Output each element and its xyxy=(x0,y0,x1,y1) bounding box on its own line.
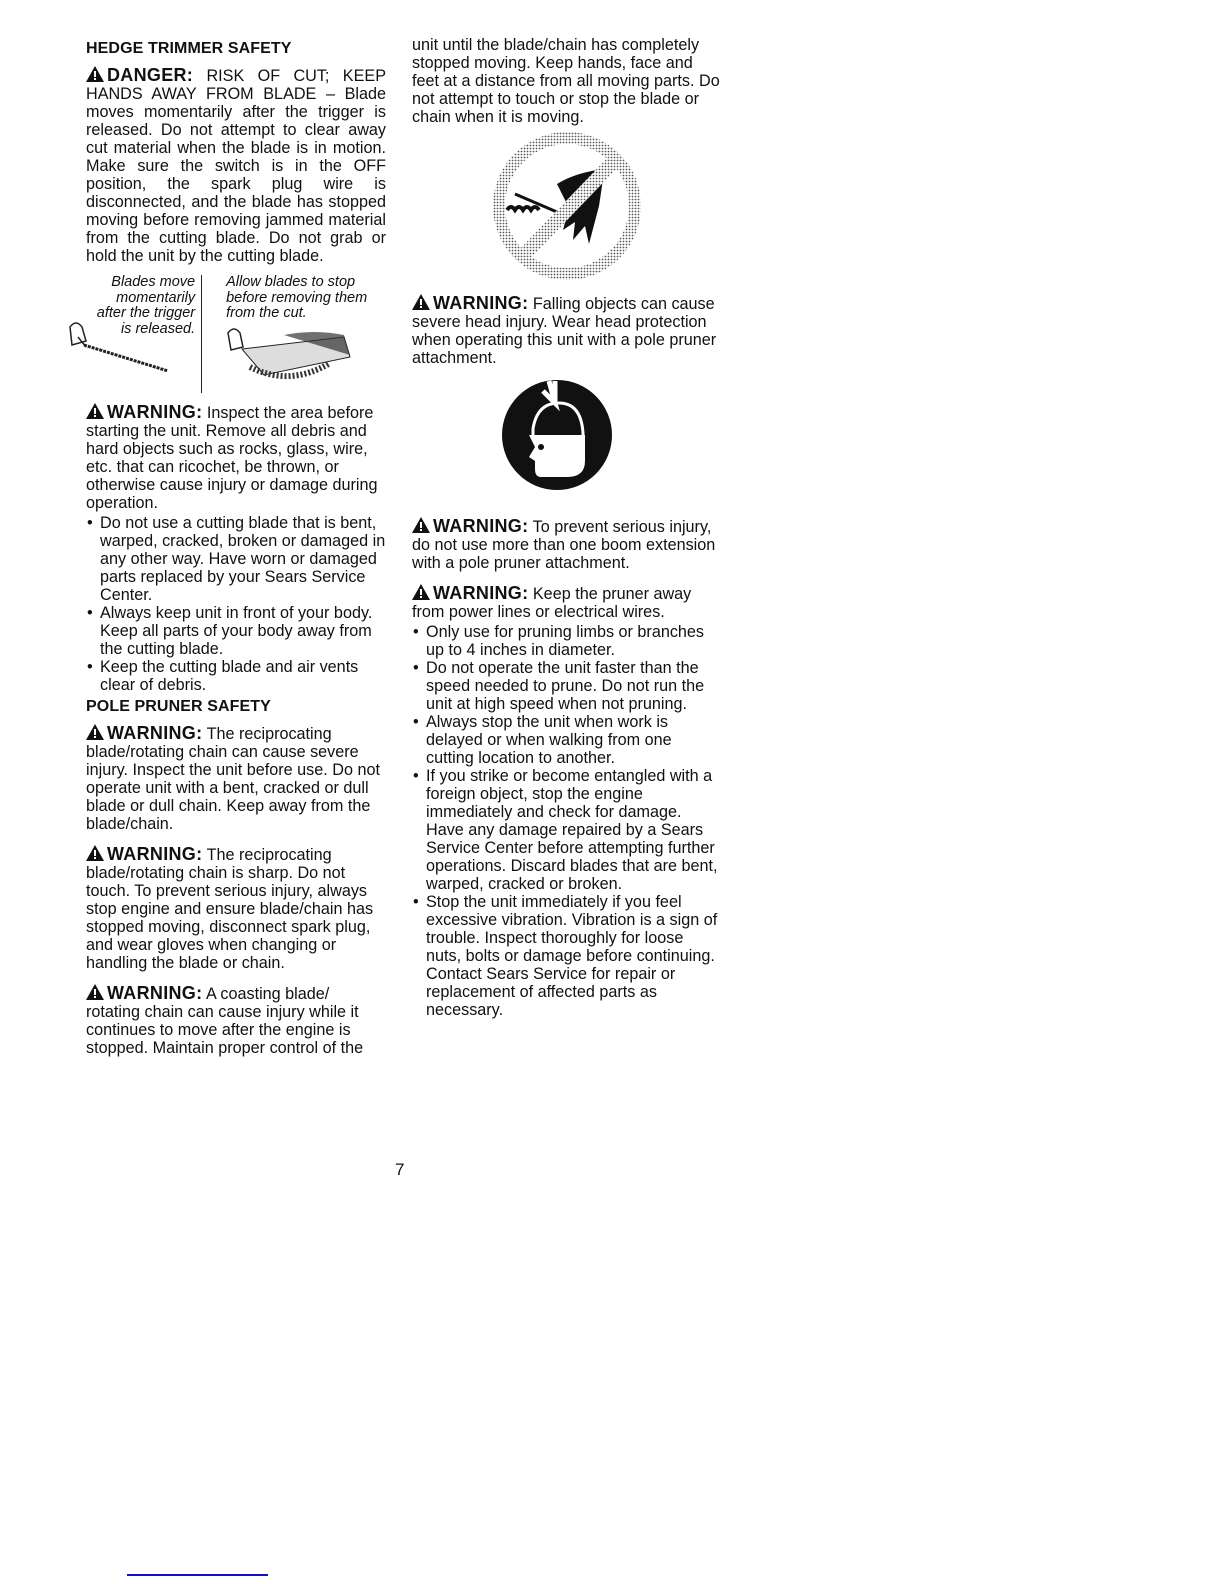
warning-signal-word: WARNING: xyxy=(433,293,528,313)
warning-signal-word: WARNING: xyxy=(107,723,202,743)
danger-text: RISK OF CUT; KEEP HANDS AWAY FROM BLADE … xyxy=(86,67,386,265)
warning-signal-word: WARNING: xyxy=(107,402,202,422)
warning-triangle-icon xyxy=(86,984,104,1000)
warning-signal-word: WARNING: xyxy=(433,583,528,603)
page-number: 7 xyxy=(395,1160,404,1180)
warning-triangle-icon xyxy=(412,584,430,600)
list-item: Always keep unit in front of your body. … xyxy=(86,604,386,658)
figure-left-panel: Blades move momentarily after the trigge… xyxy=(86,275,202,393)
right-column: unit until the blade/chain has completel… xyxy=(412,36,722,1023)
continuation-text: unit until the blade/chain has completel… xyxy=(412,36,722,126)
list-item: Always stop the unit when work is delaye… xyxy=(412,713,722,767)
head-protection-icon xyxy=(501,379,613,491)
warning-triangle-icon xyxy=(86,66,104,82)
warning-boom-block: WARNING: To prevent serious injury, do n… xyxy=(412,517,722,572)
head-protection-figure xyxy=(412,379,722,491)
left-column: HEDGE TRIMMER SAFETY DANGER: RISK OF CUT… xyxy=(86,36,386,1069)
warning-signal-word: WARNING: xyxy=(433,516,528,536)
warning-triangle-icon xyxy=(86,403,104,419)
warning-triangle-icon xyxy=(412,294,430,310)
hedge-cutting-illustration-icon xyxy=(224,327,364,389)
hedge-trimmer-safety-heading: HEDGE TRIMMER SAFETY xyxy=(86,40,386,58)
warning-power-lines-block: WARNING: Keep the pruner away from power… xyxy=(412,584,722,621)
warning-signal-word: WARNING: xyxy=(107,983,202,1003)
figure-right-panel: Allow blades to stop before removing the… xyxy=(202,275,386,393)
list-item: Keep the cutting blade and air vents cle… xyxy=(86,658,386,694)
warning-reciprocating-2-text: The reciprocating blade/rotating chain i… xyxy=(86,846,373,972)
pole-pruner-safety-heading: POLE PRUNER SAFETY xyxy=(86,698,386,716)
warning-reciprocating-1-block: WARNING: The reciprocating blade/rotatin… xyxy=(86,724,386,833)
list-item: Do not use a cutting blade that is bent,… xyxy=(86,514,386,604)
footer-rule xyxy=(127,1574,268,1576)
blade-stop-figure: Blades move momentarily after the trigge… xyxy=(86,275,386,393)
hedge-trimmer-illustration-icon xyxy=(64,319,174,379)
no-touching-figure xyxy=(412,132,722,280)
warning-triangle-icon xyxy=(412,517,430,533)
danger-signal-word: DANGER: xyxy=(107,65,193,85)
warning-falling-block: WARNING: Falling objects can cause sever… xyxy=(412,294,722,367)
list-item: Stop the unit immediately if you feel ex… xyxy=(412,893,722,1019)
hedge-trimmer-bullet-list: Do not use a cutting blade that is bent,… xyxy=(86,514,386,694)
warning-inspect-block: WARNING: Inspect the area before startin… xyxy=(86,403,386,512)
list-item: Do not operate the unit faster than the … xyxy=(412,659,722,713)
warning-reciprocating-2-block: WARNING: The reciprocating blade/rotatin… xyxy=(86,845,386,972)
list-item: Only use for pruning limbs or branches u… xyxy=(412,623,722,659)
danger-block: DANGER: RISK OF CUT; KEEP HANDS AWAY FRO… xyxy=(86,66,386,265)
no-touching-blade-icon xyxy=(493,132,641,280)
warning-signal-word: WARNING: xyxy=(107,844,202,864)
warning-triangle-icon xyxy=(86,724,104,740)
list-item: If you strike or become entangled with a… xyxy=(412,767,722,893)
warning-triangle-icon xyxy=(86,845,104,861)
warning-coasting-block: WARNING: A coasting blade/ rotating chai… xyxy=(86,984,386,1057)
figure-right-caption: Allow blades to stop before removing the… xyxy=(226,274,367,321)
pole-pruner-bullet-list: Only use for pruning limbs or branches u… xyxy=(412,623,722,1019)
